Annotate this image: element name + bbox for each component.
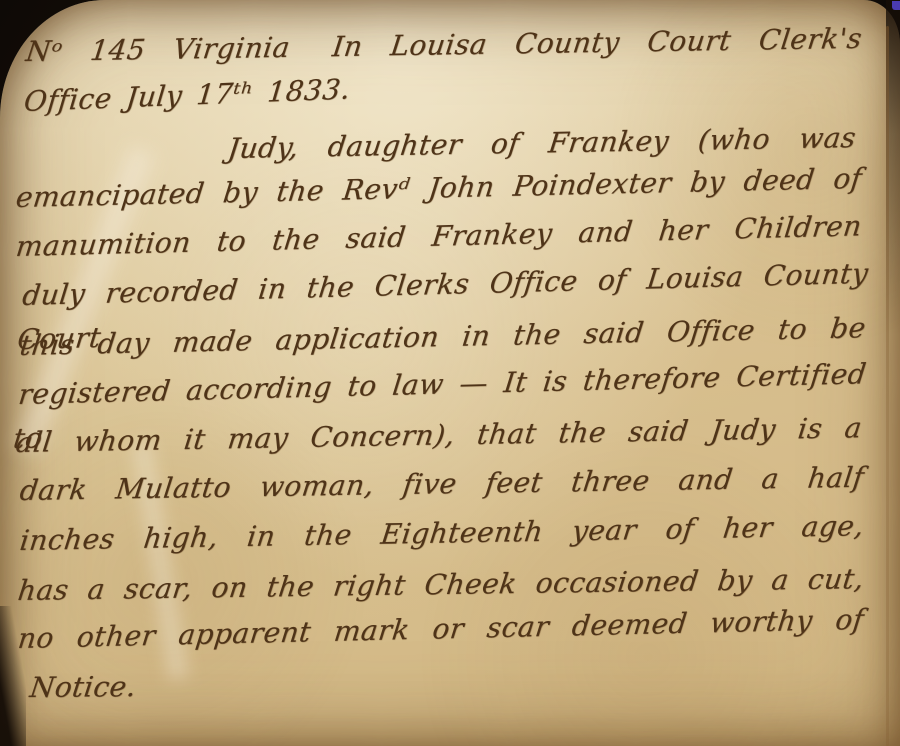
- manuscript-line: Office July 17ᵗʰ 1833.: [22, 67, 353, 124]
- manuscript-line: Notice.: [27, 665, 139, 710]
- page-edge-crease: [886, 26, 889, 746]
- photo-stage: Nᵒ 145 Virginia In Louisa County Court C…: [0, 0, 900, 746]
- manuscript-line: Nᵒ 145 Virginia In Louisa County Court C…: [23, 17, 864, 74]
- book-gutter-shadow: [0, 606, 26, 746]
- cover-color-speck: [892, 1, 900, 10]
- manuscript-page: Nᵒ 145 Virginia In Louisa County Court C…: [0, 0, 900, 746]
